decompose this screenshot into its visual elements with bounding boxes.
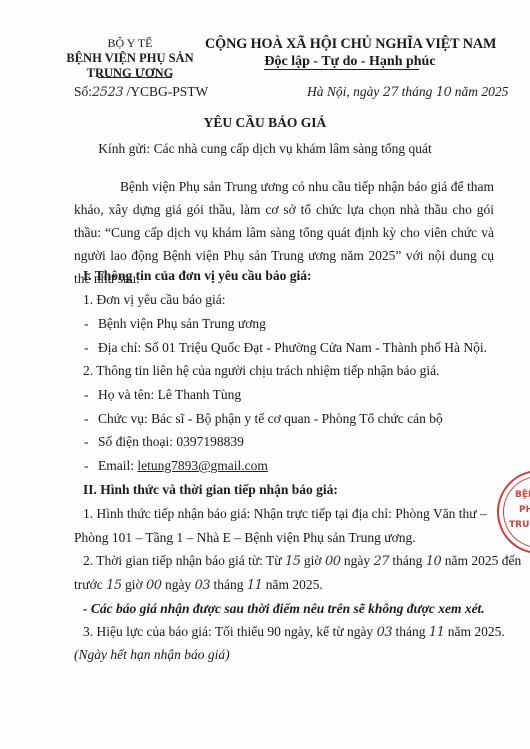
hospital-name-line2: TRUNG ƯƠNG [60, 66, 200, 81]
text: giờ [122, 577, 146, 592]
handwritten-hour-start: 15 [285, 554, 301, 569]
text: năm 2025. [262, 577, 322, 592]
bullet-contact-name: -Họ và tên: Lê Thanh Tùng [84, 387, 241, 403]
bullet-email: -Email: letung7893@gmail.com [84, 458, 268, 474]
document-title: YÊU CẦU BÁO GIÁ [0, 115, 530, 131]
text: năm 2025 đến [441, 553, 521, 568]
section1-heading: I. Thông tin của đơn vị yêu cầu báo giá: [83, 268, 312, 284]
bullet-address: -Địa chỉ: Số 01 Triệu Quốc Đạt - Phường … [84, 340, 487, 356]
text: 2. Thời gian tiếp nhận báo giá từ: Từ [83, 553, 285, 568]
email-link[interactable]: letung7893@gmail.com [137, 458, 268, 473]
stamp-text-3: TRUN [509, 520, 530, 530]
section2-item2-line2: trước 15 giờ 00 ngày 03 tháng 11 năm 202… [74, 577, 323, 593]
section2-heading: II. Hình thức và thời gian tiếp nhận báo… [83, 482, 338, 498]
date-month-handwritten: 10 [436, 85, 452, 100]
document-date: Hà Nội, ngày 27 tháng 10 năm 2025 [307, 84, 508, 100]
email-label: Email: [98, 458, 137, 473]
recipient-line: Kính gửi: Các nhà cung cấp dịch vụ khám … [0, 141, 530, 157]
date-year: năm 2025 [451, 84, 508, 99]
stamp-text-2: PHỤ [519, 505, 530, 515]
text: 3. Hiệu lực của báo giá: Tối thiểu 90 ng… [83, 624, 377, 639]
text: tháng [389, 553, 426, 568]
section1-item1: 1. Đơn vị yêu cầu báo giá: [83, 292, 225, 308]
date-prefix: Hà Nội, ngày [307, 84, 383, 99]
national-header: CỘNG HOÀ XÃ HỘI CHỦ NGHĨA VIỆT NAM Độc l… [205, 36, 495, 70]
doc-number-suffix: /YCBG-PSTW [123, 84, 208, 99]
section2-item3: 3. Hiệu lực của báo giá: Tối thiểu 90 ng… [83, 624, 505, 640]
validity-note: (Ngày hết hạn nhận báo giá) [74, 647, 230, 663]
bullet-phone: -Số điện thoại: 0397198839 [84, 434, 244, 450]
text: trước [74, 577, 106, 592]
doc-number-label: Số: [74, 84, 92, 99]
text: ngày [340, 553, 373, 568]
section2-item2-line1: 2. Thời gian tiếp nhận báo giá từ: Từ 15… [83, 553, 521, 569]
stamp-text-1: BỆN [515, 490, 530, 500]
text: năm 2025. [444, 624, 504, 639]
bullet-position: -Chức vụ: Bác sĩ - Bộ phận y tế cơ quan … [84, 411, 443, 427]
late-submission-note: - Các báo giá nhận được sau thời điểm nê… [83, 601, 485, 617]
nation-title: CỘNG HOÀ XÃ HỘI CHỦ NGHĨA VIỆT NAM [205, 36, 495, 53]
ministry-name: BỘ Y TẾ [60, 36, 200, 51]
date-day-handwritten: 27 [383, 85, 399, 100]
handwritten-month-start: 10 [426, 554, 442, 569]
section2-item1-line1: 1. Hình thức tiếp nhận báo giá: Nhận trự… [83, 506, 487, 522]
document-number: Số:2523 /YCBG-PSTW [74, 84, 208, 100]
handwritten-day-start: 27 [373, 554, 389, 569]
motto-underline [264, 69, 419, 70]
handwritten-validity-day: 03 [377, 625, 393, 640]
unit-address: Địa chỉ: Số 01 Triệu Quốc Đạt - Phường C… [98, 340, 487, 355]
contact-name: Họ và tên: Lê Thanh Tùng [98, 387, 241, 402]
handwritten-hour-end: 15 [106, 578, 122, 593]
handwritten-minute-end: 00 [146, 578, 162, 593]
contact-phone: Số điện thoại: 0397198839 [98, 434, 244, 449]
unit-name: Bệnh viện Phụ sản Trung ương [98, 316, 266, 331]
section2-item1-line2: Phòng 101 – Tầng 1 – Nhà E – Bệnh viện P… [74, 530, 416, 546]
text: tháng [392, 624, 429, 639]
hospital-name-line1: BỆNH VIỆN PHỤ SẢN [60, 51, 200, 66]
section1-item2: 2. Thông tin liên hệ của người chịu trác… [83, 363, 440, 379]
contact-position: Chức vụ: Bác sĩ - Bộ phận y tế cơ quan -… [98, 411, 443, 426]
handwritten-month-end: 11 [247, 578, 263, 593]
issuer-header: BỘ Y TẾ BỆNH VIỆN PHỤ SẢN TRUNG ƯƠNG [60, 36, 200, 81]
date-month-label: tháng [398, 84, 436, 99]
issuer-underline [98, 77, 172, 78]
national-motto: Độc lập - Tự do - Hạnh phúc [205, 53, 495, 70]
bullet-unit: -Bệnh viện Phụ sản Trung ương [84, 316, 266, 332]
text: ngày [162, 577, 195, 592]
handwritten-validity-month: 11 [429, 625, 445, 640]
text: giờ [301, 553, 325, 568]
handwritten-minute-start: 00 [325, 554, 341, 569]
text: tháng [210, 577, 247, 592]
official-stamp: BỆN PHỤ TRUN [497, 470, 530, 554]
doc-number-handwritten: 2523 [92, 85, 123, 100]
handwritten-day-end: 03 [195, 578, 211, 593]
